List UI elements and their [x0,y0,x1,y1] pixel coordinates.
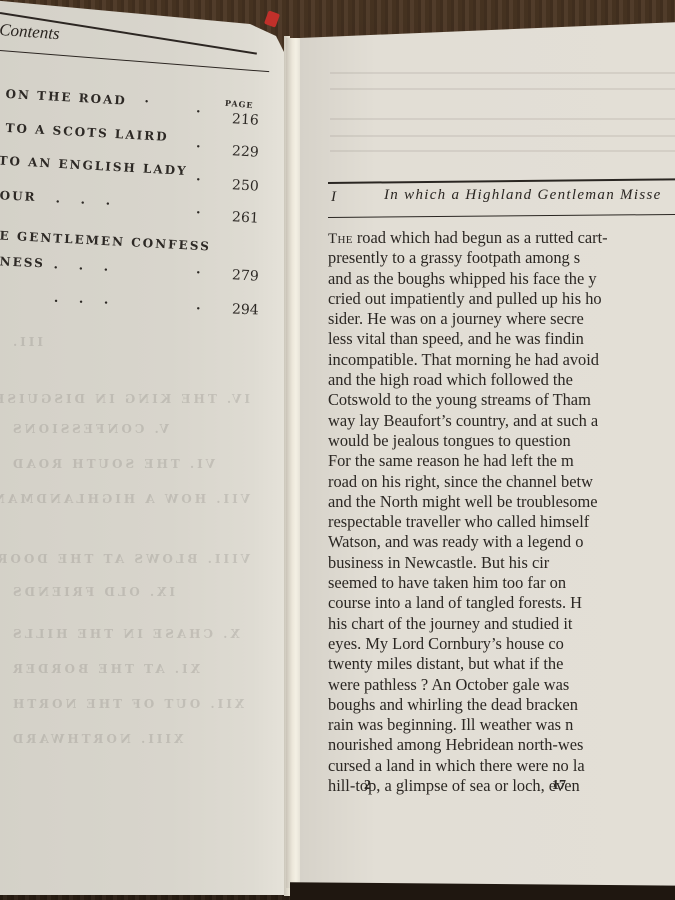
body-line: would be jealous tongues to question [328,431,675,451]
toc-page-number: 250 [232,177,260,194]
body-line: his chart of the journey and studied it [328,614,675,634]
body-line: rain was beginning. Ill weather was n [328,715,675,735]
body-line: and the North might well be troublesome [328,492,675,512]
toc-page-number: 216 [232,111,260,128]
toc-page-number: 261 [232,209,260,226]
toc-leader-dot: · [196,302,201,317]
body-line: boughs and whirling the dead bracken [328,695,675,715]
toc-entry-title: NESS [0,254,45,270]
show-through-text: VI. THE SOUTH ROAD [10,457,250,471]
toc-leader-dots: · [144,95,149,110]
show-through-text: VIII. BLOWS AT THE DOOR [10,552,250,566]
body-line: and as the boughs whipped his face the y [328,269,675,289]
body-line: cursed a land in which there were no la [328,756,675,776]
toc-leader-dots: · · · [53,294,116,311]
opening-smallcaps: The [328,231,353,247]
chapter-number: I [331,189,336,206]
toc-page-number: 279 [232,267,260,284]
contents-heading: Contents [0,20,60,44]
body-line: incompatible. That morning he had avoid [328,350,675,370]
body-line: seemed to have taken him too far on [328,573,675,593]
toc-entry-title: TO A SCOTS LAIRD [5,121,169,144]
chapter-body-text: The road which had begun as a rutted car… [328,228,675,796]
page-number: 17 [552,778,566,794]
show-through-text: IX. OLD FRIENDS [10,585,250,599]
show-through-text: V. CONFESSIONS [10,422,250,436]
toc-leader-dots: · · · [55,195,118,213]
show-through-text: XIII. NORTHWARD [10,732,250,746]
show-through-line [330,72,675,74]
show-through-line [330,118,675,120]
body-line: eyes. My Lord Cornbury’s house co [328,634,675,654]
toc-leader-dot: · [196,105,201,120]
body-line: sider. He was on a journey where secre [328,309,675,329]
header-rule-bottom [0,50,269,72]
left-page-contents: III. IV. THE KING IN DISGUISE V. CONFESS… [0,0,288,900]
body-line: way lay Beaufort’s country, and at such … [328,411,675,431]
show-through-line [330,135,675,137]
toc-leader-dot: · [196,173,201,188]
show-through-text: III. [10,335,250,349]
body-line: twenty miles distant, but what if the [328,654,675,674]
toc-entry-title: ON THE ROAD [5,87,127,108]
show-through-line [330,150,675,152]
body-line: hill-top, a glimpse of sea or loch, even [328,776,675,796]
toc-leader-dot: · [196,140,201,155]
table-shadow-bottom [290,882,675,900]
show-through-text: IV. THE KING IN DISGUISE [10,392,250,406]
body-line: The road which had begun as a rutted car… [328,228,675,248]
show-through-line [330,88,675,90]
toc-entry-title: OUR [0,188,37,204]
body-line: business in Newcastle. But his cir [328,553,675,573]
body-line: Cotswold to the young streams of Tham [328,390,675,410]
body-line: nourished among Hebridean north-wes [328,735,675,755]
body-line: Watson, and was ready with a legend o [328,532,675,552]
toc-page-number: 294 [232,302,259,319]
body-line: presently to a grassy footpath among s [328,248,675,268]
show-through-text: XII. OUT OF THE NORTH [10,697,250,711]
signature-mark: 2 [364,778,371,794]
body-line: course into a land of tangled forests. H [328,593,675,613]
toc-leader-dots: · · · [53,261,116,279]
body-line: cried out impatiently and pulled up his … [328,289,675,309]
body-line: For the same reason he had left the m [328,451,675,471]
body-line: were pathless ? An October gale was [328,675,675,695]
show-through-text: X. CHASE IN THE HILLS [10,627,250,641]
body-line: and the high road which followed the [328,370,675,390]
toc-page-number: 229 [232,143,260,160]
toc-leader-dot: · [196,206,201,221]
toc-entry-title: E GENTLEMEN CONFESS [0,229,211,254]
show-through-text: XI. AT THE BORDER [10,662,250,676]
body-line: respectable traveller who called himself [328,512,675,532]
show-through-text: VII. HOW A HIGHLANDMAN [10,492,250,506]
chapter-title: In which a Highland Gentleman Misse [384,187,662,204]
body-line: less vital than speed, and he was findin [328,329,675,349]
toc-leader-dot: · [196,266,201,281]
toc-entry-title: TO AN ENGLISH LADY [0,154,188,179]
body-line: road on his right, since the channel bet… [328,472,675,492]
